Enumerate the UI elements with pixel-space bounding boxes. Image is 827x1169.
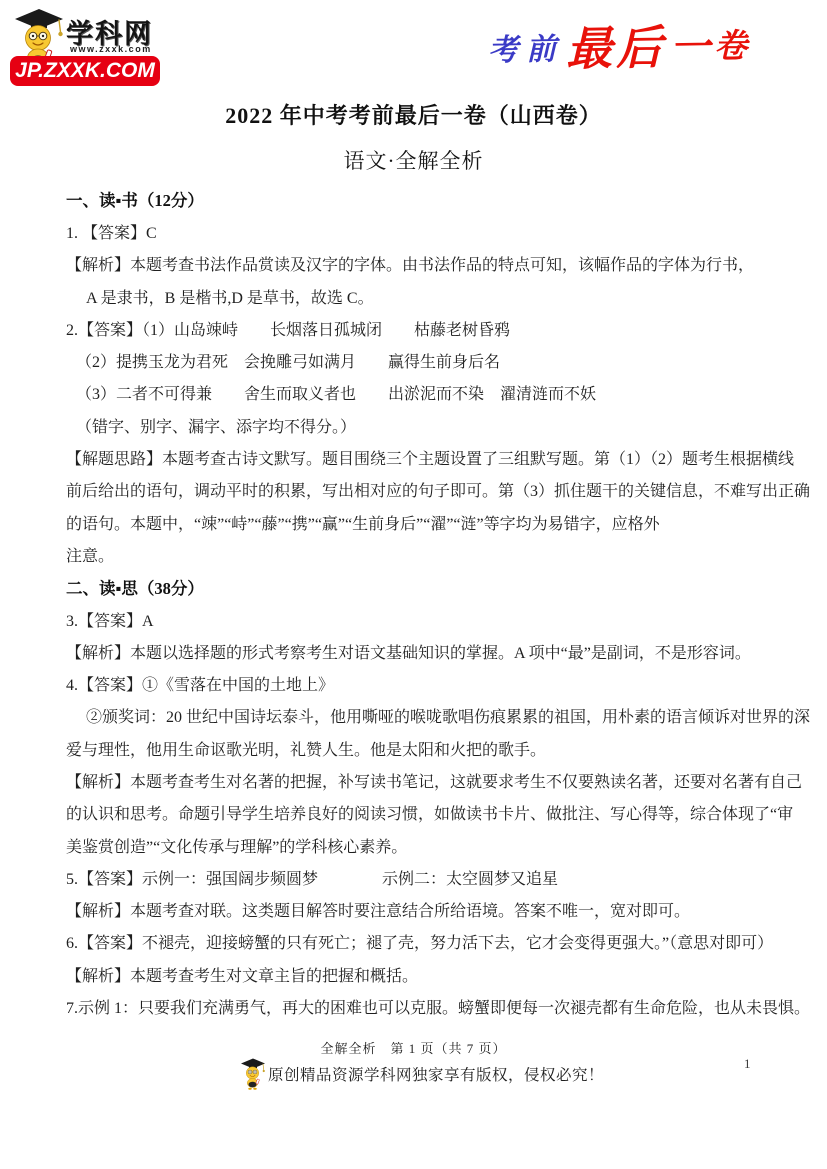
footer-page-info: 全解全析 第 1 页（共 7 页） [0,1038,827,1057]
text-line: 【解析】本题考查书法作品赏读及汉字的字体。由书法作品的特点可知，该幅作品的字体为… [66,248,786,280]
text-line: 注意。 [66,538,786,570]
answer-body: 一、读▪书（12分） 1. 【答案】C 【解析】本题考查书法作品赏读及汉字的字体… [66,183,786,1023]
slogan-part-1: 考前 [488,24,565,69]
text-line: 爱与理性，他用生命讴歌光明，礼赞人生。他是太阳和火把的歌手。 [66,732,786,764]
copyright-text: 原创精品资源学科网独家享有版权，侵权必究！ [268,1063,604,1085]
slogan-part-4: 卷 [714,19,748,67]
text-line: 的认识和思考。命题引导学生培养良好的阅读习惯，如做读书卡片、做批注、写心得等，综… [66,797,786,829]
footer-copyright: 原创精品资源学科网独家享有版权，侵权必究！ [240,1058,604,1090]
text-line: 【解析】本题考查考生对文章主旨的把握和概括。 [66,958,786,990]
text-line: 【解析】本题考查考生对名著的把握，补写读书笔记，这就要求考生不仅要熟读名著，还要… [66,764,786,796]
text-line: （3）二者不可得兼 舍生而取义者也 出淤泥而不染 濯清涟而不妖 [66,377,786,409]
copyright-mascot-icon [240,1058,266,1090]
text-line: 的语句。本题中，“竦”“峙”“藤”“携”“赢”“生前身后”“濯”“涟”等字均为易… [66,506,786,538]
text-line: 5.【答案】示例一：强国阔步频圆梦 示例二：太空圆梦又追星 [66,861,786,893]
text-line: 3.【答案】A [66,603,786,635]
text-line: 4.【答案】①《雪落在中国的土地上》 [66,667,786,699]
slogan-part-3: 一 [669,15,710,73]
page-title: 2022 年中考考前最后一卷（山西卷） [0,99,827,130]
header-logo: 学科网 www.zxxk.com JP.ZXXK.COM [10,6,180,90]
text-line: 【解题思路】本题考查古诗文默写。题目围绕三个主题设置了三组默写题。第（1）（2）… [66,441,786,473]
text-line: 【解析】本题考查对联。这类题目解答时要注意结合所给语境。答案不唯一，宽对即可。 [66,894,786,926]
page-subtitle: 语文·全解全析 [0,145,827,175]
brand-url: www.zxxk.com [70,44,152,54]
text-line: 一、读▪书（12分） [66,183,786,215]
text-line: 前后给出的语句，调动平时的积累，写出相对应的句子即可。第（3）抓住题干的关键信息… [66,474,786,506]
text-line: 【解析】本题以选择题的形式考察考生对语文基础知识的掌握。A 项中“最”是副词，不… [66,635,786,667]
text-line: 6.【答案】不褪壳，迎接螃蟹的只有死亡；褪了壳，努力活下去，它才会变得更强大。”… [66,926,786,958]
text-line: 美鉴赏创造”“文化传承与理解”的学科核心素养。 [66,829,786,861]
document-page: 学科网 www.zxxk.com JP.ZXXK.COM 考前最后一卷 2022… [0,0,827,1169]
slogan-banner: 考前最后一卷 [487,12,747,79]
text-line: 1. 【答案】C [66,215,786,247]
text-line: A 是隶书，B 是楷书,D 是草书，故选 C。 [66,280,786,312]
text-line: （错字、别字、漏字、添字均不得分。） [66,409,786,441]
text-line: 二、读▪思（38分） [66,571,786,603]
page-number: 1 [744,1056,751,1072]
slogan-part-2: 最后 [565,11,666,79]
text-line: ②颁奖词：20 世纪中国诗坛泰斗，他用嘶哑的喉咙歌唱伤痕累累的祖国，用朴素的语言… [66,700,786,732]
text-line: 7.示例 1：只要我们充满勇气，再大的困难也可以克服。螃蟹即便每一次褪壳都有生命… [66,990,786,1022]
text-line: （2）提携玉龙为君死 会挽雕弓如满月 赢得生前身后名 [66,344,786,376]
brand-badge: JP.ZXXK.COM [10,56,160,86]
text-line: 2.【答案】（1）山岛竦峙 长烟落日孤城闭 枯藤老树昏鸦 [66,312,786,344]
